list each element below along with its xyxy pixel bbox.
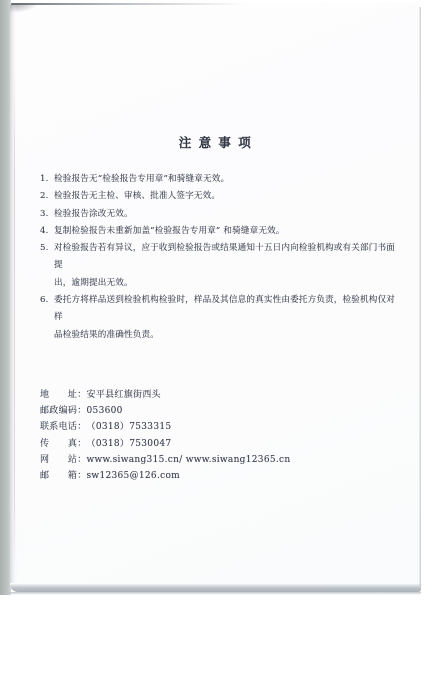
contact-row-phone: 联系电话： （0318）7533315 <box>40 419 380 435</box>
notice-number: 6. <box>40 292 54 344</box>
page-stack-shadow <box>8 592 421 595</box>
document-page: 注 意 事 项 1. 检验报告无“检验报告专用章”和骑缝章无效。 2. 检验报告… <box>10 3 421 592</box>
notice-line: 出，逾期提出无效。 <box>54 275 396 292</box>
notice-item: 1. 检验报告无“检验报告专用章”和骑缝章无效。 <box>40 171 396 188</box>
contact-row-email: 邮 箱： sw12365@126.com <box>40 468 380 484</box>
contact-value: （0318）7530047 <box>87 436 380 452</box>
notice-line: 检验报告无“检验报告专用章”和骑缝章无效。 <box>54 171 396 188</box>
notice-text: 委托方将样品送到检验机构检验时，样品及其信息的真实性由委托方负责，检验机构仅对样… <box>54 292 396 344</box>
contact-value: 安平县红旗街西头 <box>87 387 380 403</box>
contact-row-website: 网 站： www.siwang315.cn/ www.siwang12365.c… <box>40 452 380 468</box>
notice-line: 检验报告无主检、审核、批准人签字无效。 <box>54 188 396 205</box>
notice-text: 检验报告无主检、审核、批准人签字无效。 <box>54 188 396 205</box>
notice-text: 复制检验报告未重新加盖“检验报告专用章” 和骑缝章无效。 <box>54 223 396 240</box>
notice-item: 2. 检验报告无主检、审核、批准人签字无效。 <box>40 188 396 205</box>
contact-label: 传 真： <box>40 436 87 452</box>
notice-text: 检验报告无“检验报告专用章”和骑缝章无效。 <box>54 171 396 188</box>
page-bottom-edge <box>10 584 421 592</box>
contact-label: 联系电话： <box>40 419 87 435</box>
notice-text: 对检验报告若有异议，应于收到检验报告或结果通知十五日内向检验机构或有关部门书面提… <box>54 240 396 292</box>
notice-number: 2. <box>40 188 54 205</box>
contact-row-fax: 传 真： （0318）7530047 <box>40 436 380 452</box>
contact-value: www.siwang315.cn/ www.siwang12365.cn <box>87 452 380 468</box>
contact-value: （0318）7533315 <box>87 419 380 435</box>
scanned-document: 注 意 事 项 1. 检验报告无“检验报告专用章”和骑缝章无效。 2. 检验报告… <box>0 0 424 700</box>
contact-value: sw12365@126.com <box>87 468 380 484</box>
page-top-edge <box>11 3 243 5</box>
page-right-edge <box>419 7 421 587</box>
notice-item: 5. 对检验报告若有异议，应于收到检验报告或结果通知十五日内向检验机构或有关部门… <box>40 240 396 292</box>
notice-line: 复制检验报告未重新加盖“检验报告专用章” 和骑缝章无效。 <box>54 223 396 240</box>
contact-label: 邮政编码： <box>40 403 87 419</box>
notice-number: 4. <box>40 223 54 240</box>
notice-number: 1. <box>40 171 54 188</box>
contact-label: 地 址： <box>40 387 87 403</box>
contact-row-address: 地 址： 安平县红旗街西头 <box>40 387 380 403</box>
notice-text: 检验报告涂改无效。 <box>54 206 396 223</box>
contact-label: 网 站： <box>40 452 87 468</box>
notice-list: 1. 检验报告无“检验报告专用章”和骑缝章无效。 2. 检验报告无主检、审核、批… <box>40 171 396 344</box>
page-title: 注 意 事 项 <box>10 133 421 151</box>
contact-value: 053600 <box>87 403 380 419</box>
notice-number: 3. <box>40 206 54 223</box>
notice-item: 6. 委托方将样品送到检验机构检验时，样品及其信息的真实性由委托方负责，检验机构… <box>40 292 396 344</box>
notice-item: 4. 复制检验报告未重新加盖“检验报告专用章” 和骑缝章无效。 <box>40 223 396 240</box>
contact-block: 地 址： 安平县红旗街西头 邮政编码： 053600 联系电话： （0318）7… <box>40 387 380 484</box>
contact-label: 邮 箱： <box>40 468 87 484</box>
notice-line: 品检验结果的准确性负责。 <box>54 327 396 344</box>
notice-item: 3. 检验报告涂改无效。 <box>40 206 396 223</box>
notice-number: 5. <box>40 240 54 292</box>
notice-line: 委托方将样品送到检验机构检验时，样品及其信息的真实性由委托方负责，检验机构仅对样 <box>54 292 396 327</box>
contact-row-postcode: 邮政编码： 053600 <box>40 403 380 419</box>
notice-line: 对检验报告若有异议，应于收到检验报告或结果通知十五日内向检验机构或有关部门书面提 <box>54 240 396 275</box>
notice-line: 检验报告涂改无效。 <box>54 206 396 223</box>
